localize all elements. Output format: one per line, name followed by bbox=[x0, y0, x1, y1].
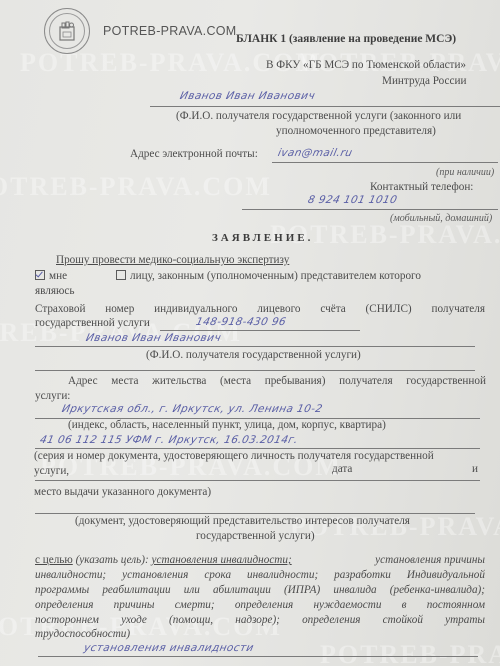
request-text: Прошу провести медико-социальную эксперт… bbox=[56, 254, 289, 266]
purpose-line-3: программы реабилитации или абилитации (И… bbox=[35, 584, 485, 596]
purpose-line bbox=[38, 656, 478, 657]
email-line bbox=[272, 162, 498, 163]
snils-line bbox=[160, 330, 360, 331]
email-label: Адрес электронной почты: bbox=[130, 148, 258, 160]
purpose-line-4: определения причины смерти; определения … bbox=[35, 599, 485, 611]
purpose-line-2: инвалидности; установления срока инвалид… bbox=[35, 569, 485, 581]
applicant-name-caption-2: уполномоченного представителя) bbox=[276, 125, 436, 137]
email-field[interactable]: ivan@mail.ru bbox=[277, 147, 354, 159]
address-field[interactable]: Иркутская обл., г. Иркутск, ул. Ленина 1… bbox=[61, 403, 324, 415]
phone-label: Контактный телефон: bbox=[370, 181, 473, 193]
rep-doc-caption-1: (документ, удостоверяющий представительс… bbox=[75, 515, 410, 527]
address-label-2: услуги: bbox=[35, 390, 70, 402]
purpose-field[interactable]: установления инвалидности bbox=[83, 642, 255, 654]
email-caption: (при наличии) bbox=[436, 167, 494, 178]
snils-field[interactable]: 148-918-430 96 bbox=[195, 316, 288, 328]
purpose-line-6: трудоспособности) bbox=[35, 628, 130, 640]
divider bbox=[35, 370, 475, 371]
id-document-field[interactable]: 41 06 112 115 УФМ г. Иркутск, 16.03.2014… bbox=[39, 434, 299, 446]
applicant-name-line bbox=[150, 106, 500, 107]
id-doc-caption-2a: услуги, bbox=[34, 465, 69, 477]
purpose-line-1: с целью (указать цель): установления инв… bbox=[35, 554, 485, 566]
phone-caption: (мобильный, домашний) bbox=[390, 213, 492, 224]
watermark: POTREB-PRAVA.COM bbox=[0, 172, 272, 202]
id-doc-caption-2b: дата bbox=[332, 463, 352, 475]
purpose-prefix: с целью bbox=[35, 554, 73, 566]
snils-label-2: государственной услуги bbox=[35, 317, 150, 329]
purpose-option-disability: установления инвалидности; bbox=[152, 554, 292, 566]
addressee-line-2: Минтруда России bbox=[382, 75, 466, 87]
id-doc-caption-1: (серия и номер документа, удостоверяющег… bbox=[34, 450, 434, 462]
option-self-label: мне bbox=[49, 270, 67, 282]
statement-heading: ЗАЯВЛЕНИЕ. bbox=[212, 232, 313, 244]
option-other-cont: являюсь bbox=[35, 285, 74, 297]
checkbox-self[interactable] bbox=[35, 270, 45, 280]
address-caption: (индекс, область, населенный пункт, улиц… bbox=[68, 419, 386, 431]
checkbox-other[interactable] bbox=[116, 270, 126, 280]
phone-field[interactable]: 8 924 101 1010 bbox=[307, 194, 399, 206]
shopping-bag-stamp-icon bbox=[44, 8, 90, 54]
option-other[interactable]: лицу, законным (уполномоченным) представ… bbox=[116, 270, 421, 282]
addressee-line-1: В ФКУ «ГБ МСЭ по Тюменской области» bbox=[266, 59, 466, 71]
watermark: POTREB-PRAVA.COM bbox=[320, 640, 500, 666]
site-name: POTREB-PRAVA.COM bbox=[103, 24, 237, 38]
purpose-option-cause: установления причины bbox=[375, 554, 485, 566]
snils-label-1: Страховой номер индивидуального лицевого… bbox=[35, 303, 485, 315]
rep-doc-caption-2: государственной услуги) bbox=[196, 530, 315, 542]
option-other-label: лицу, законным (уполномоченным) представ… bbox=[130, 270, 421, 282]
applicant-name-value[interactable]: Иванов Иван Иванович bbox=[179, 90, 317, 102]
id-doc-caption-2c: и bbox=[472, 463, 478, 475]
id-doc-date-line bbox=[35, 480, 480, 481]
option-self[interactable]: мне bbox=[35, 270, 67, 282]
rep-doc-line bbox=[35, 513, 475, 514]
form-title: БЛАНК 1 (заявление на проведение МСЭ) bbox=[236, 33, 456, 45]
id-doc-caption-3: место выдачи указанного документа) bbox=[34, 486, 211, 498]
applicant-name-caption-1: (Ф.И.О. получателя государственной услуг… bbox=[176, 110, 461, 122]
phone-line bbox=[242, 209, 498, 210]
bag-icon bbox=[58, 21, 76, 41]
recipient-name-line bbox=[35, 346, 475, 347]
purpose-hint: (указать цель): bbox=[76, 554, 149, 566]
recipient-name-caption: (Ф.И.О. получателя государственной услуг… bbox=[146, 349, 361, 361]
id-document-line bbox=[35, 448, 480, 449]
document-page: POTREB-PRAVA.COM POTREB-PRAVA.COM POTREB… bbox=[0, 0, 500, 666]
purpose-line-5: постороннем уходе (помощи, надзоре); опр… bbox=[35, 614, 485, 626]
recipient-name-field[interactable]: Иванов Иван Иванович bbox=[85, 332, 223, 344]
address-label-1: Адрес места жительства (места пребывания… bbox=[68, 375, 486, 387]
